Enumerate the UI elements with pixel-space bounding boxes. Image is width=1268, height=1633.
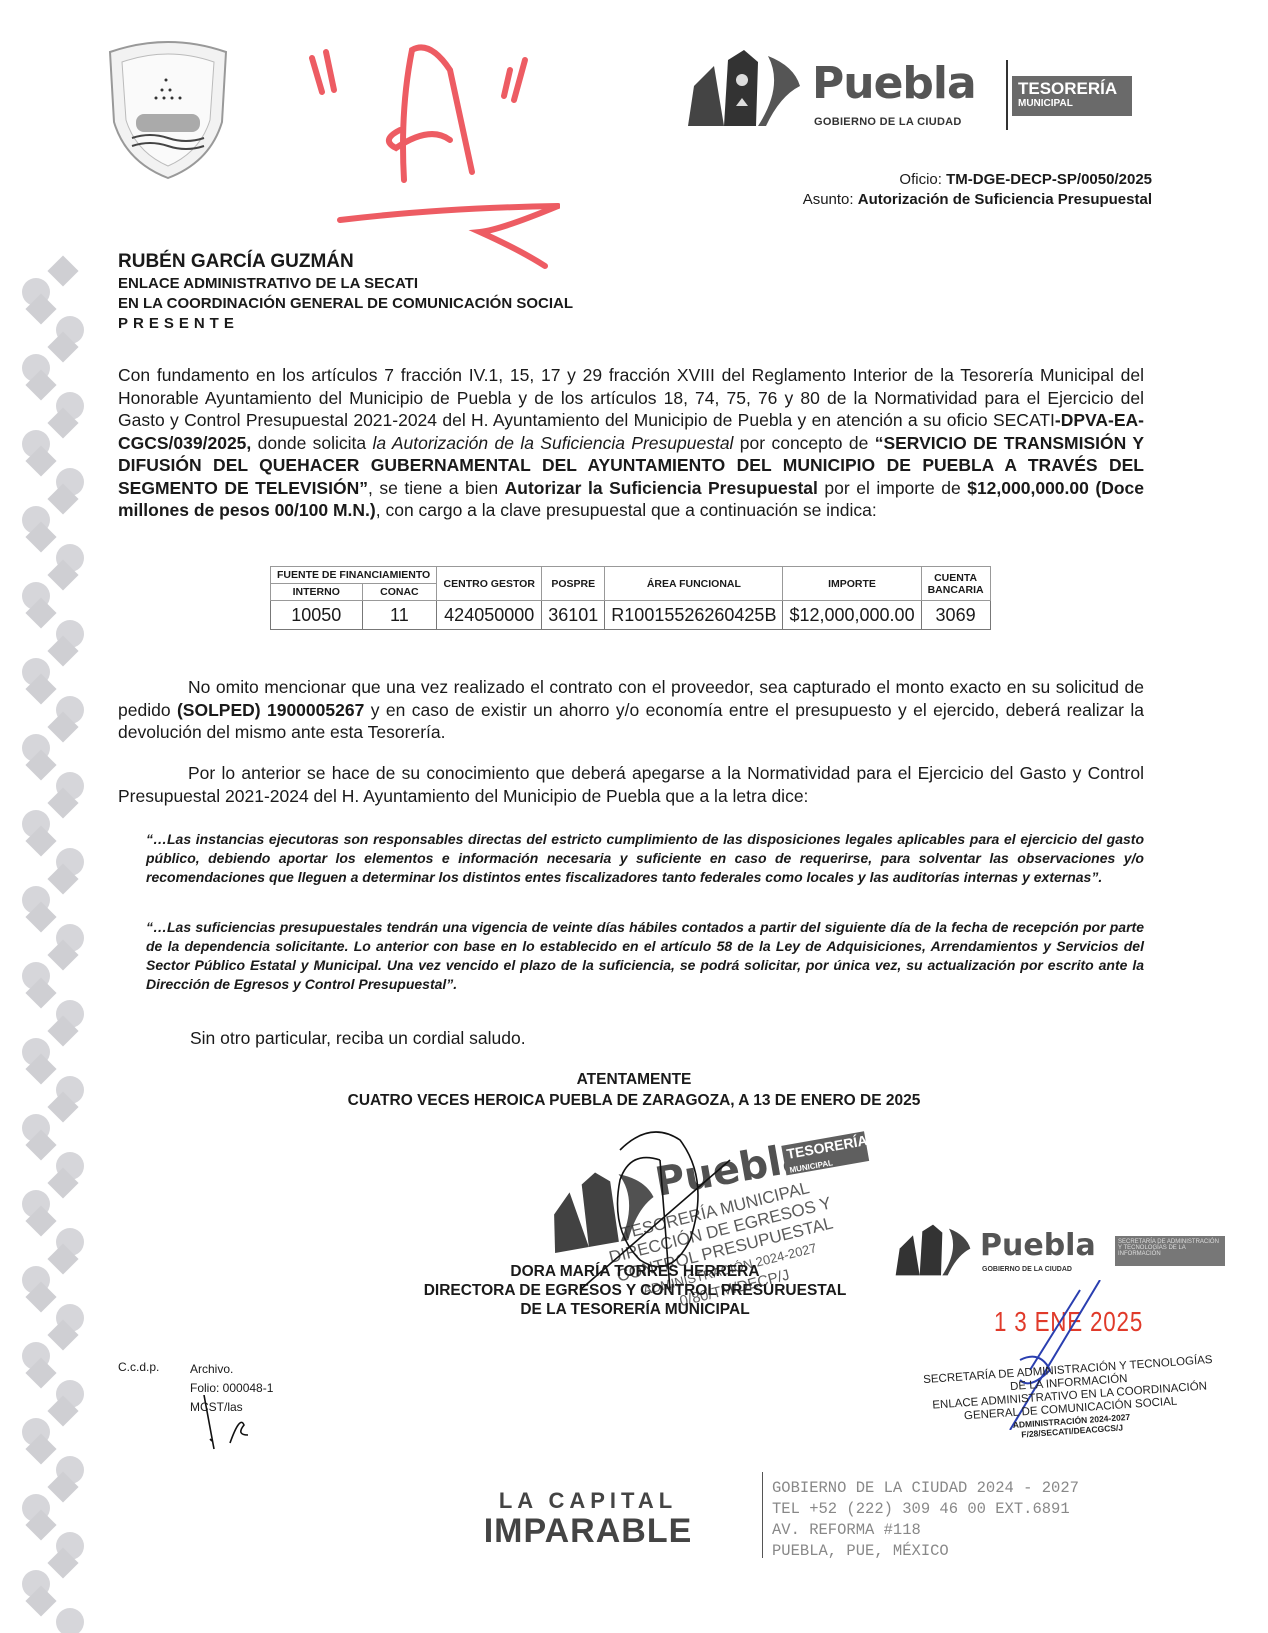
city-crest-icon: [100, 32, 236, 180]
tesoreria-logo: Puebla GOBIERNO DE LA CIUDAD TESORERÍA M…: [684, 40, 1144, 140]
cell-cuenta-bancaria: 3069: [921, 601, 990, 630]
header-cuenta-bancaria: CUENTA BANCARIA: [921, 567, 990, 601]
budget-key-table: FUENTE DE FINANCIAMIENTO CENTRO GESTOR P…: [270, 566, 991, 630]
reception-subtitle: GOBIERNO DE LA CIUDAD: [982, 1266, 1072, 1273]
header-importe: IMPORTE: [783, 567, 921, 601]
signer-title: DIRECTORA DE EGRESOS Y CONTROL PRESURUES…: [400, 1281, 870, 1300]
cell-area-funcional: R10015526260425B: [605, 601, 783, 630]
brand-bottom: IMPARABLE: [458, 1514, 718, 1548]
table-row: 10050 11 424050000 36101 R10015526260425…: [271, 601, 991, 630]
header-conac: CONAC: [362, 584, 437, 601]
recipient-name: RUBÉN GARCÍA GUZMÁN: [118, 250, 573, 274]
puebla-emblem-icon: [890, 1222, 976, 1278]
signer-name: DORA MARÍA TORRES HERRERA: [400, 1262, 870, 1281]
cell-conac: 11: [362, 601, 437, 630]
logo-subtitle: GOBIERNO DE LA CIUDAD: [814, 116, 962, 128]
header-interno: INTERNO: [271, 584, 363, 601]
tesoreria-title: TESORERÍA: [1018, 80, 1126, 98]
brand-top: LA CAPITAL: [458, 1488, 718, 1514]
paragraph-authorization: Con fundamento en los artículos 7 fracci…: [118, 364, 1144, 522]
cell-pospre: 36101: [542, 601, 605, 630]
header-pospre: POSPRE: [542, 567, 605, 601]
place-date: CUATRO VECES HEROICA PUEBLA DE ZARAGOZA,…: [0, 1090, 1268, 1111]
capital-imparable-brand: LA CAPITAL IMPARABLE: [458, 1488, 718, 1548]
reception-stamp-logo: Puebla GOBIERNO DE LA CIUDAD SECRETARÍA …: [890, 1222, 1230, 1282]
header-centro-gestor: CENTRO GESTOR: [437, 567, 542, 601]
signature-heading: ATENTAMENTE CUATRO VECES HEROICA PUEBLA …: [0, 1069, 1268, 1111]
reception-stamp-text: SECRETARÍA DE ADMINISTRACIÓN Y TECNOLOGÍ…: [918, 1354, 1222, 1447]
asunto-value: Autorización de Suficiencia Presupuestal: [858, 191, 1152, 208]
cell-centro-gestor: 424050000: [437, 601, 542, 630]
quote-responsabilidad: “…Las instancias ejecutoras son responsa…: [146, 830, 1144, 887]
quote-vigencia: “…Las suficiencias presupuestales tendrá…: [146, 918, 1144, 994]
logo-wordmark: Puebla: [812, 58, 976, 109]
tesoreria-badge: TESORERÍA MUNICIPAL: [1012, 76, 1132, 116]
signer-department: DE LA TESORERÍA MUNICIPAL: [400, 1300, 870, 1319]
cell-interno: 10050: [271, 601, 363, 630]
reception-wordmark: Puebla: [980, 1228, 1096, 1263]
footer-divider: [762, 1472, 763, 1558]
cell-importe: $12,000,000.00: [783, 601, 921, 630]
asunto-label: Asunto:: [803, 191, 854, 208]
recipient-block: RUBÉN GARCÍA GUZMÁN ENLACE ADMINISTRATIV…: [118, 250, 573, 334]
tesoreria-subtitle: MUNICIPAL: [1018, 98, 1126, 110]
handwritten-red-mark: [300, 30, 560, 270]
oficio-number: TM-DGE-DECP-SP/0050/2025: [946, 171, 1152, 188]
puebla-emblem-icon: [684, 46, 804, 130]
header-fuente: FUENTE DE FINANCIAMIENTO: [271, 567, 437, 584]
paragraph-normatividad: Por lo anterior se hace de su conocimien…: [118, 762, 1144, 807]
closing-greeting: Sin otro particular, reciba un cordial s…: [190, 1028, 526, 1049]
recipient-title-2: EN LA COORDINACIÓN GENERAL DE COMUNICACI…: [118, 294, 573, 314]
signer-block: DORA MARÍA TORRES HERRERA DIRECTORA DE E…: [400, 1262, 870, 1319]
recipient-title-1: ENLACE ADMINISTRATIVO DE LA SECATI: [118, 274, 573, 294]
document-reference: Oficio: TM-DGE-DECP-SP/0050/2025 Asunto:…: [803, 170, 1152, 210]
header-area-funcional: ÁREA FUNCIONAL: [605, 567, 783, 601]
decorative-border: [18, 260, 88, 1600]
recipient-presente: PRESENTE: [118, 314, 573, 334]
footer-address: GOBIERNO DE LA CIUDAD 2024 - 2027 TEL +5…: [772, 1478, 1079, 1562]
paragraph-solped: No omito mencionar que una vez realizado…: [118, 676, 1144, 744]
atentamente: ATENTAMENTE: [0, 1069, 1268, 1090]
ccp-item: Archivo.: [190, 1360, 273, 1379]
ccp-label: C.c.d.p.: [118, 1360, 159, 1374]
handwritten-initials: [200, 1395, 260, 1450]
oficio-label: Oficio:: [899, 171, 942, 188]
reception-badge: SECRETARÍA DE ADMINISTRACIÓN Y TECNOLOGÍ…: [1115, 1236, 1225, 1266]
logo-divider: [1006, 60, 1008, 130]
